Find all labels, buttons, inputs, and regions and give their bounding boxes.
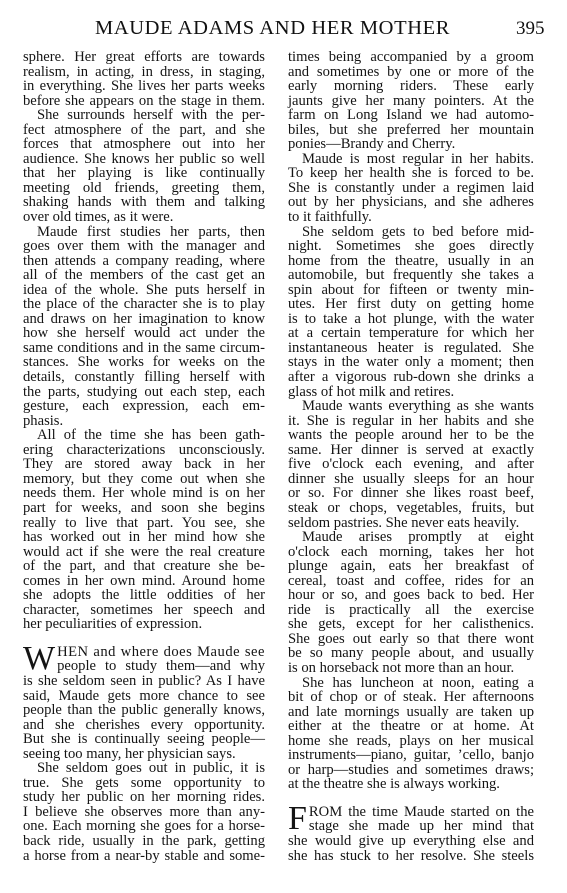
text-line: audience. She knows her public so well [23, 152, 265, 167]
text-line: hour or so, and goes back to bed. Her [288, 588, 534, 603]
text-line: early morning riders. These early [288, 79, 534, 94]
paragraph: She seldom goes out in public, it is tru… [23, 761, 265, 863]
page-number: 395 [516, 18, 545, 40]
text-line: she has stuck to her resolve. She steels [288, 849, 534, 864]
text-line: after a vigorous rub-down she drinks a [288, 370, 534, 385]
text-line: Maude arises promptly at eight [288, 530, 534, 545]
text-line: seldom pastries. She never eats heavily. [288, 516, 534, 531]
text-line: of the part, and that creature she be- [23, 559, 265, 574]
text-line: needs them. Her whole mind is on her [23, 486, 265, 501]
text-line: is to take a hot plunge, with the water [288, 312, 534, 327]
text-line: plunge again, eats her breakfast of [288, 559, 534, 574]
text-line: biles, but she preferred her mountain [288, 123, 534, 138]
text-line: bit of chop or of steak. Her afternoons [288, 690, 534, 705]
text-line: has worked out in her mind how she [23, 530, 265, 545]
text-line: or so. For dinner she likes roast beef, [288, 486, 534, 501]
running-title: MAUDE ADAMS AND HER MOTHER [95, 17, 450, 40]
paragraph: She surrounds herself with the per- fect… [23, 108, 265, 224]
text-line: is she seldom seen in public? As I have [23, 674, 265, 689]
text-line: She seldom gets to bed before mid- [288, 225, 534, 240]
text-line: I believe she observes more than any- [23, 805, 265, 820]
text-line: phasis. [23, 414, 265, 429]
text-line: she gets, except for her calisthenics. [288, 617, 534, 632]
text-line: or harp—studies and sometimes draws; [288, 763, 534, 778]
section-from: F ROM the time Maude started on the stag… [288, 805, 534, 863]
text-line: home from the theatre, usually in an [288, 254, 534, 269]
text-line: her peculiarities of expression. [23, 617, 265, 632]
text-line: and draws on her imagination to know [23, 312, 265, 327]
text-line: fect atmosphere of the part, and she [23, 123, 265, 138]
text-line: at a certain temperature for which her [288, 326, 534, 341]
text-line: one. Each morning she goes for a horse- [23, 819, 265, 834]
text-line: night. Sometimes she goes directly [288, 239, 534, 254]
text-line: she would give up everything else and [288, 834, 534, 849]
text-line: dinner she usually sleeps for an hour [288, 472, 534, 487]
text-line: automobile, but frequently she takes a [288, 268, 534, 283]
text-line: seeing too many, her physician says. [23, 747, 265, 762]
paragraph: Maude wants everything as she wants it. … [288, 399, 534, 530]
page-header: MAUDE ADAMS AND HER MOTHER 395 [0, 17, 567, 45]
paragraph: Maude first studies her parts, then goes… [23, 225, 265, 429]
text-line: before she appears on the stage in them. [23, 94, 265, 109]
text-line: details, constantly filling herself with [23, 370, 265, 385]
section-when: W HEN and where does Maude see people to… [23, 645, 265, 761]
text-line: She surrounds herself with the per- [23, 108, 265, 123]
text-line: how she herself would act under the [23, 326, 265, 341]
drop-cap: W [23, 645, 55, 673]
text-line: same conditions and in the same circum- [23, 341, 265, 356]
paragraph: sphere. Her great efforts are towards re… [23, 50, 265, 108]
text-line: stances. She works for weeks on the [23, 355, 265, 370]
text-line: over old times, as it were. [23, 210, 265, 225]
text-line: instantaneous heater is regulated. She [288, 341, 534, 356]
text-line: Maude first studies her parts, then [23, 225, 265, 240]
text-line: people than the public generally knows, [23, 703, 265, 718]
paragraph: She seldom gets to bed before mid- night… [288, 225, 534, 400]
text-line: character, sometimes her speech and [23, 603, 265, 618]
left-column: sphere. Her great efforts are towards re… [23, 50, 265, 863]
text-line: true. She gets some opportunity to [23, 776, 265, 791]
paragraph: times being accompanied by a groom and s… [288, 50, 534, 152]
text-line: that her playing is like continually [23, 166, 265, 181]
text-line: at the theatre she is always working. [288, 777, 534, 792]
text-line: same. Her dinner is served at exactly [288, 443, 534, 458]
text-line: people to study them—and why [23, 659, 265, 674]
text-line: All of the time she has been gath- [23, 428, 265, 443]
text-line: ride is practically all the exercise [288, 603, 534, 618]
text-line: ering characterizations unconsciously. [23, 443, 265, 458]
text-line: meeting old friends, greeting them, [23, 181, 265, 196]
drop-cap: F [288, 805, 307, 833]
text-line: a horse from a near-by stable and some- [23, 849, 265, 864]
text-line: all of the members of the cast get an [23, 268, 265, 283]
right-column: times being accompanied by a groom and s… [288, 50, 534, 863]
text-line: is on horseback not more than an hour. [288, 661, 534, 676]
text-line: She goes out early so that there wont [288, 632, 534, 647]
paragraph: Maude is most regular in her habits. To … [288, 152, 534, 225]
text-line: goes over them with the manager and [23, 239, 265, 254]
text-line: and she cherishes every opportunity. [23, 718, 265, 733]
text-line: said, Maude gets more chance to see [23, 689, 265, 704]
text-line: She has luncheon at noon, eating a [288, 676, 534, 691]
paragraph: Maude arises promptly at eight o'clock e… [288, 530, 534, 675]
text-line: memory, but they come out when she [23, 472, 265, 487]
text-line: jaunts give her many pointers. At the [288, 94, 534, 109]
text-line: spin about for fifteen or twenty min- [288, 283, 534, 298]
text-line: would act if she were the real creature [23, 545, 265, 560]
text-line: study her public on her morning rides. [23, 790, 265, 805]
text-line: They are stored away back in her [23, 457, 265, 472]
text-line: forces that atmosphere out into her [23, 137, 265, 152]
text-line: She is constantly under a regimen laid [288, 181, 534, 196]
text-line: She seldom goes out in public, it is [23, 761, 265, 776]
text-line: o'clock each morning, takes her hot [288, 545, 534, 560]
text-line: Maude is most regular in her habits. [288, 152, 534, 167]
text-line: either at the theatre or at home. At [288, 719, 534, 734]
text-line: the place of the character she is to pla… [23, 297, 265, 312]
text-line: shaking hands with them and talking [23, 195, 265, 210]
text-line: instruments—piano, guitar, ’cello, banjo [288, 748, 534, 763]
text-line: times being accompanied by a groom [288, 50, 534, 65]
paragraph: All of the time she has been gath- ering… [23, 428, 265, 632]
text-line: and sometimes by one or more of the [288, 65, 534, 80]
text-line: be so many people about, and usually [288, 646, 534, 661]
text-line: out by her physicians, and she adheres [288, 195, 534, 210]
text-line: stage she made up her mind that [288, 819, 534, 834]
text-line: sphere. Her great efforts are towards [23, 50, 265, 65]
text-line: to it faithfully. [288, 210, 534, 225]
text-line: back ride, usually in the park, getting [23, 834, 265, 849]
text-line: really to live that part. You see, she [23, 516, 265, 531]
text-line: But she is continually seeing people— [23, 732, 265, 747]
text-line: wants the people around her to be the [288, 428, 534, 443]
text-line: Maude wants everything as she wants [288, 399, 534, 414]
text-line: steak or chops, vegetables, fruits, but [288, 501, 534, 516]
text-line: gesture, each expression, each em- [23, 399, 265, 414]
text-line: cereal, toast and coffee, rides for an [288, 574, 534, 589]
text-line: home she reads, plays on her musical [288, 734, 534, 749]
text-line: part for weeks, and soon she begins [23, 501, 265, 516]
text-line: realism, in acting, in dress, in staging… [23, 65, 265, 80]
text-line: farm on Long Island we had automo- [288, 108, 534, 123]
text-line: then attends a company reading, where [23, 254, 265, 269]
text-line: and late mornings usually are taken up [288, 705, 534, 720]
text-line: she adopts the little oddities of her [23, 588, 265, 603]
text-line: To keep her health she is forced to be. [288, 166, 534, 181]
text-line: glass of hot milk and retires. [288, 385, 534, 400]
text-line: in everything. She lives her parts weeks [23, 79, 265, 94]
text-line: utes. Her first duty on getting home [288, 297, 534, 312]
text-line: idea of the whole. She puts herself in [23, 283, 265, 298]
text-line: the parts, studying out each step, each [23, 385, 265, 400]
text-line: stays in the water only a moment; then [288, 355, 534, 370]
text-line: comes in her own mind. Around home [23, 574, 265, 589]
text-line: five o'clock each evening, and after [288, 457, 534, 472]
text-line: HEN and where does Maude see [23, 645, 265, 660]
paragraph: She has luncheon at noon, eating a bit o… [288, 676, 534, 792]
text-line: ponies—Brandy and Cherry. [288, 137, 534, 152]
text-line: ROM the time Maude started on the [288, 805, 534, 820]
text-line: it. She is regular in her habits and she [288, 414, 534, 429]
